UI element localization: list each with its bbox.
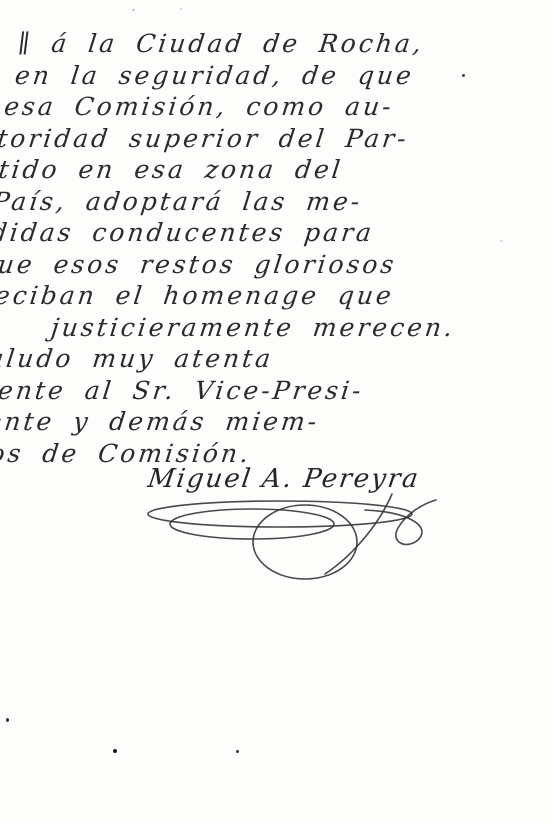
handwritten-line: ∥ á la Ciudad de Rocha, [4, 28, 528, 60]
handwritten-line: mente al Sr. Vice-Presi- [0, 375, 485, 407]
signature-flourish-icon [140, 492, 440, 584]
handwritten-line: toridad superior del Par- [0, 123, 516, 155]
dust-speck [236, 750, 239, 753]
dust-speck [462, 74, 465, 77]
handwritten-line: Saludo muy atenta [0, 343, 489, 375]
dust-speck [500, 240, 503, 242]
dust-speck [180, 8, 182, 10]
dust-speck [6, 718, 9, 722]
handwritten-line: reciban el homenage que [0, 280, 497, 312]
handwritten-line: esa Comisión, como au- [0, 91, 520, 123]
handwritten-line: País, adoptará las me- [0, 186, 509, 218]
handwritten-line: dente y demás miem- [0, 406, 482, 438]
signature-name: Miguel A. Pereyra [146, 464, 420, 494]
handwritten-line: justicieramente merecen. [0, 312, 493, 344]
document-page: ∥ á la Ciudad de Rocha,en la seguridad, … [0, 0, 550, 822]
handwritten-line: en la seguridad, de que [0, 60, 524, 92]
handwritten-line: didas conducentes para [0, 217, 505, 249]
handwritten-line: que esos restos gloriosos [0, 249, 501, 281]
letter-body: ∥ á la Ciudad de Rocha,en la seguridad, … [0, 28, 528, 469]
dust-speck [113, 749, 117, 753]
handwritten-line: tido en esa zona del [0, 154, 513, 186]
dust-speck [132, 9, 135, 11]
